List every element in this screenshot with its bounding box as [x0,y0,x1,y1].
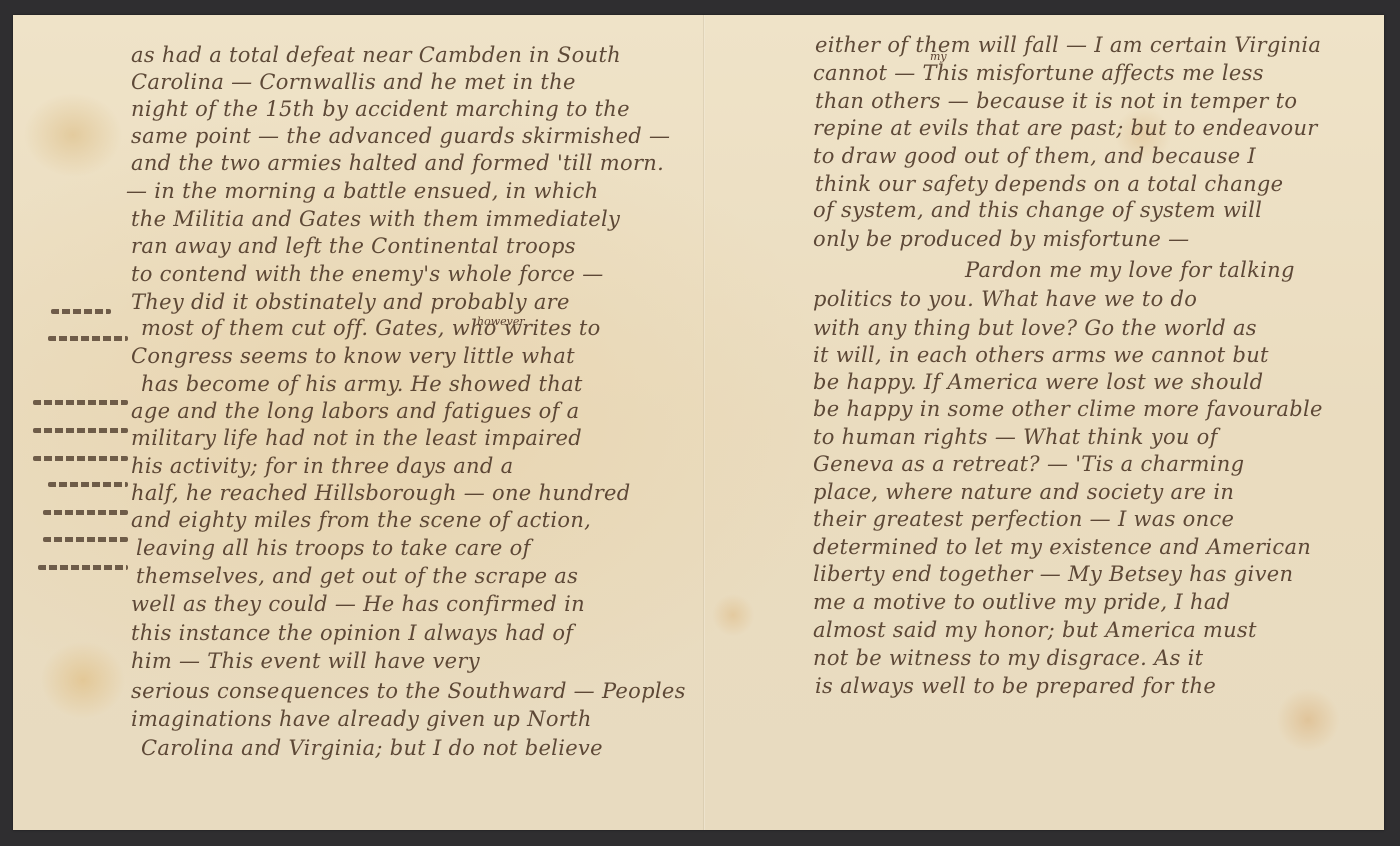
handwritten-line: be happy in some other clime more favour… [813,397,1323,421]
handwritten-line: most of them cut off. Gates, who writes … [141,316,601,340]
handwritten-line: either of them will fall — I am certain … [815,33,1321,57]
handwritten-line: me a motive to outlive my pride, I had [813,590,1230,614]
handwritten-line: the Militia and Gates with them immediat… [131,207,620,231]
handwritten-line: well as they could — He has confirmed in [131,592,585,616]
handwritten-line: not be witness to my disgrace. As it [813,646,1203,670]
handwritten-line: to draw good out of them, and because I [813,144,1256,168]
handwritten-line: leaving all his troops to take care of [136,536,531,560]
ink-blot [33,400,128,405]
handwritten-line: serious consequences to the Southward — … [131,679,686,703]
handwritten-line: his activity; for in three days and a [131,454,513,478]
handwritten-line: think our safety depends on a total chan… [815,172,1283,196]
handwritten-line: repine at evils that are past; but to en… [813,116,1318,140]
handwritten-line: cannot — This misfortune affects me less [813,61,1264,85]
handwritten-line: than others — because it is not in tempe… [815,89,1297,113]
handwritten-line: of system, and this change of system wil… [813,198,1262,222]
handwritten-line: Pardon me my love for talking [965,258,1295,282]
handwritten-line: night of the 15th by accident marching t… [131,97,630,121]
handwritten-line: as had a total defeat near Cambden in So… [131,43,621,67]
handwritten-line: it will, in each others arms we cannot b… [813,343,1269,367]
handwritten-line: Carolina and Virginia; but I do not beli… [141,736,603,760]
ink-blot [33,456,128,461]
handwritten-line: same point — the advanced guards skirmis… [131,124,670,148]
handwritten-line: politics to you. What have we to do [813,287,1197,311]
ink-blot [43,537,128,542]
handwritten-line: him — This event will have very [131,649,480,673]
letter-sheet: however as had a total defeat near Cambd… [13,15,1384,830]
ink-blot [48,482,128,487]
handwritten-line: Carolina — Cornwallis and he met in the [131,70,576,94]
handwritten-line: determined to let my existence and Ameri… [813,535,1311,559]
handwritten-line: this instance the opinion I always had o… [131,621,573,645]
handwritten-line: half, he reached Hillsborough — one hund… [131,481,631,505]
handwritten-line: has become of his army. He showed that [141,372,583,396]
handwritten-line: Geneva as a retreat? — 'Tis a charming [813,452,1244,476]
handwritten-line: liberty end together — My Betsey has giv… [813,562,1293,586]
ink-blot [38,565,128,570]
handwritten-line: be happy. If America were lost we should [813,370,1263,394]
handwritten-line: almost said my honor; but America must [813,618,1257,642]
handwritten-line: imaginations have already given up North [131,707,592,731]
ink-blot [48,336,128,341]
handwritten-line: only be produced by misfortune — [813,227,1189,251]
handwritten-line: with any thing but love? Go the world as [813,316,1257,340]
ink-blot [51,309,111,314]
handwritten-line: military life had not in the least impai… [131,426,582,450]
handwritten-line: — in the morning a battle ensued, in whi… [126,179,599,203]
ink-blot [33,428,128,433]
handwritten-line: their greatest perfection — I was once [813,507,1234,531]
handwritten-line: themselves, and get out of the scrape as [136,564,578,588]
handwritten-line: Congress seems to know very little what [131,344,575,368]
handwritten-line: to contend with the enemy's whole force … [131,262,604,286]
handwritten-line: age and the long labors and fatigues of … [131,399,579,423]
handwritten-line: place, where nature and society are in [813,480,1234,504]
handwritten-line: to human rights — What think you of [813,425,1218,449]
ink-blot [43,510,128,515]
handwritten-line: and the two armies halted and formed 'ti… [131,151,664,175]
handwritten-line: They did it obstinately and probably are [131,290,570,314]
handwritten-line: is always well to be prepared for the [815,674,1216,698]
handwritten-line: ran away and left the Continental troops [131,234,576,258]
left-page: however as had a total defeat near Cambd… [13,15,703,830]
handwritten-line: and eighty miles from the scene of actio… [131,508,591,532]
right-page: my either of them will fall — I am certa… [705,15,1384,830]
